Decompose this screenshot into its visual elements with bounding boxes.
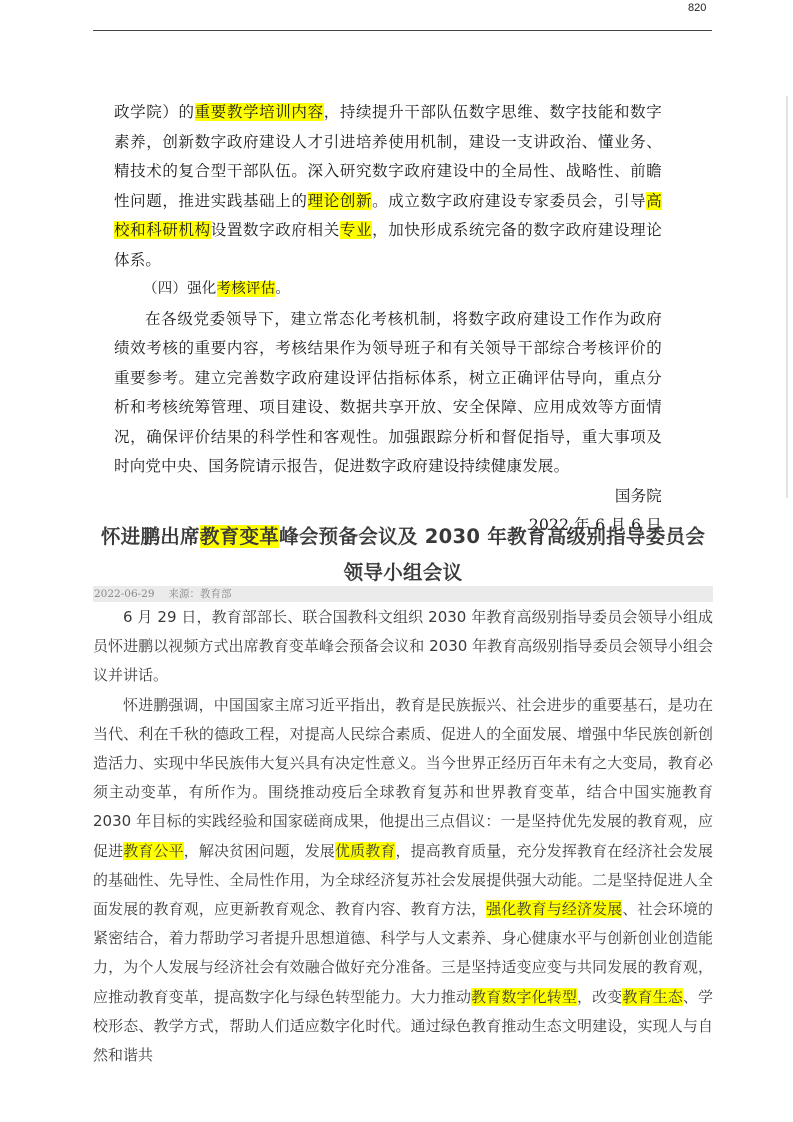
article-paragraph-intro: 6 月 29 日，教育部部长、联合国教科文组织 2030 年教育高级别指导委员会…	[93, 603, 713, 691]
subheading-suffix: 。	[275, 281, 290, 297]
policy-paragraph-assessment: 在各级党委领导下，建立常态化考核机制，将数字政府建设工作作为政府绩效考核的重要内…	[114, 305, 662, 482]
highlighted-text: 专业	[340, 221, 372, 239]
highlighted-text: 重要教学培训内容	[195, 103, 324, 121]
header-rule	[93, 30, 712, 31]
highlighted-text: 强化教育与经济发展	[486, 900, 622, 918]
article-body: 6 月 29 日，教育部部长、联合国教科文组织 2030 年教育高级别指导委员会…	[93, 603, 713, 1070]
title-text: 峰会预备会议及 2030 年教育高级别指导委员会领导小组会议	[279, 525, 705, 584]
highlighted-text: 教育数字化转型	[471, 988, 577, 1006]
policy-document-section: 政学院）的重要教学培训内容，持续提升干部队伍数字思维、数字技能和数字素养，创新数…	[114, 98, 662, 541]
highlighted-text: 理论创新	[308, 192, 373, 210]
text-run: 设置数字政府相关	[211, 221, 340, 239]
page-number: 820	[688, 2, 706, 14]
highlighted-text: 教育生态	[622, 988, 683, 1006]
text-run: 怀进鹏强调，中国国家主席习近平指出，教育是民族振兴、社会进步的重要基石，是功在当…	[93, 696, 713, 860]
highlighted-text: 教育变革	[200, 525, 279, 548]
title-text: 怀进鹏出席	[101, 525, 200, 548]
text-run: 政学院）的	[114, 103, 195, 121]
highlighted-text: 教育公平	[123, 842, 184, 860]
policy-paragraph-talent: 政学院）的重要教学培训内容，持续提升干部队伍数字思维、数字技能和数字素养，创新数…	[114, 98, 662, 275]
article-source: 来源：教育部	[169, 586, 232, 602]
article-title: 怀进鹏出席教育变革峰会预备会议及 2030 年教育高级别指导委员会领导小组会议	[93, 519, 713, 591]
section-subheading: （四）强化考核评估。	[114, 275, 662, 305]
article-date: 2022-06-29	[94, 586, 155, 602]
text-run: ，解决贫困问题，发展	[184, 842, 335, 860]
issuer-signature: 国务院	[114, 482, 662, 512]
article-paragraph-proposals: 怀进鹏强调，中国国家主席习近平指出，教育是民族振兴、社会进步的重要基石，是功在当…	[93, 691, 713, 1071]
article-meta-bar: 2022-06-29来源：教育部	[93, 586, 713, 602]
text-run: 6 月 29 日，教育部部长、联合国教科文组织 2030 年教育高级别指导委员会…	[93, 608, 713, 684]
side-margin-rule	[786, 96, 788, 498]
text-run: 。成立数字政府建设专家委员会，引导	[372, 192, 646, 210]
text-run: ，改变	[577, 988, 622, 1006]
subheading-prefix: （四）强化	[143, 281, 217, 297]
highlighted-text: 优质教育	[335, 842, 396, 860]
highlighted-text: 考核评估	[217, 281, 276, 297]
